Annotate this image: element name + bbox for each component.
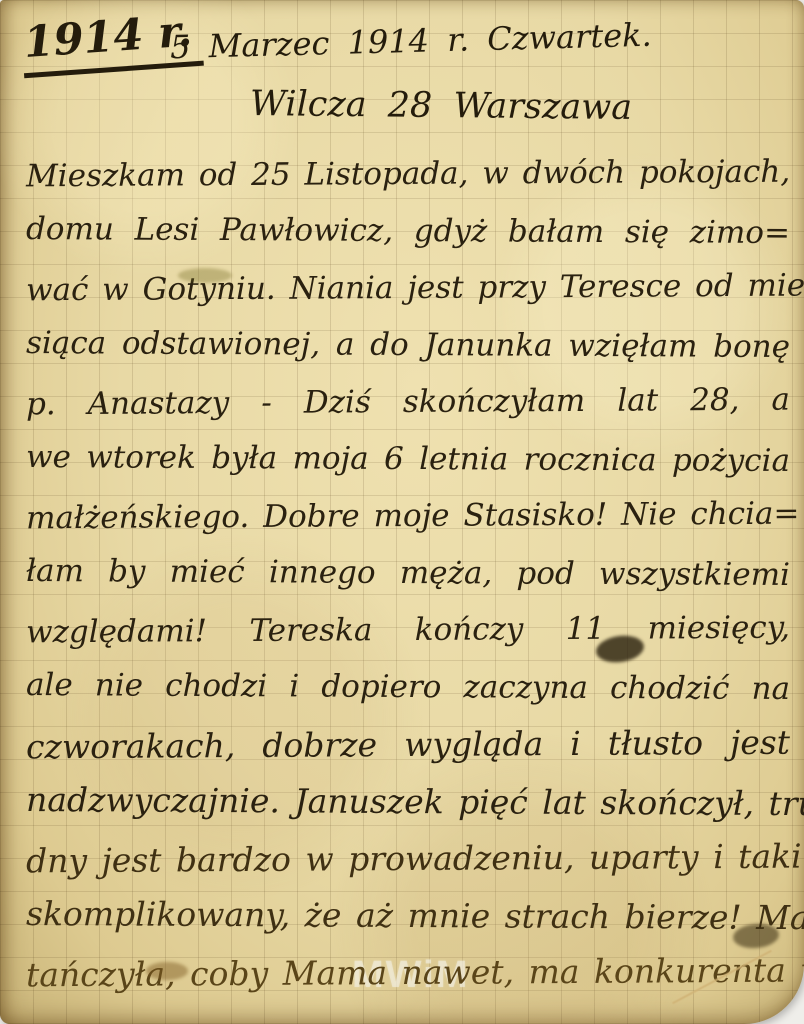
- diary-line: siąca odstawionej, a do Janunka wzięłam …: [26, 315, 790, 376]
- notebook-paper: MWiM 1914 r. 5 Marzec 1914 r. Czwartek. …: [0, 0, 804, 1024]
- diary-line: domu Lesi Pawłowicz, gdyż bałam się zimo…: [26, 201, 790, 262]
- diary-line: łam by mieć innego męża, pod wszystkiemi: [26, 543, 790, 604]
- diary-body: Mieszkam od 25 Listopada, w dwóch pokoja…: [26, 146, 790, 1001]
- diary-line: ale nie chodzi i dopiero zaczyna chodzić…: [26, 657, 790, 718]
- diary-line: małżeńskiego. Dobre moje Stasisko! Nie c…: [26, 486, 790, 548]
- address-line: Wilcza 28 Warszawa: [250, 84, 632, 128]
- diary-line: p. Anastazy - Dziś skończyłam lat 28, a: [26, 372, 790, 434]
- diary-page-photo: MWiM 1914 r. 5 Marzec 1914 r. Czwartek. …: [0, 0, 804, 1024]
- diary-line: we wtorek była moja 6 letnia rocznica po…: [26, 429, 790, 490]
- diary-line: nadzwyczajnie. Januszek pięć lat skończy…: [26, 771, 790, 832]
- diary-line: czworakach, dobrze wygląda i tłusto jest: [26, 714, 790, 776]
- diary-line: dny jest bardzo w prowadzeniu, uparty i …: [26, 828, 790, 890]
- diary-line: tańczyła, coby Mama nawet, ma konkurenta…: [26, 942, 790, 1004]
- diary-line: Mieszkam od 25 Listopada, w dwóch pokoja…: [26, 144, 790, 206]
- diary-line: względami! Tereska kończy 11 miesięcy,: [26, 600, 790, 662]
- diary-line: skomplikowany, że aż mnie strach bierze!…: [26, 885, 790, 946]
- diary-line: wać w Gotyniu. Niania jest przy Teresce …: [26, 258, 790, 320]
